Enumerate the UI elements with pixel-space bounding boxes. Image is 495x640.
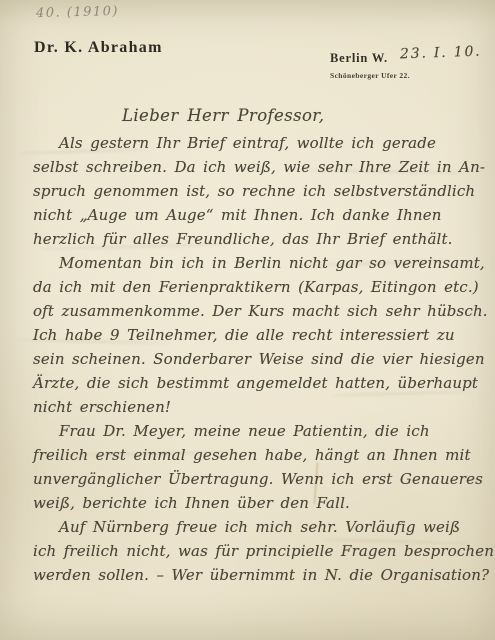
letterhead-address-block: Berlin W. Schöneberger Ufer 22. [330, 51, 410, 80]
letter-line: weiß, berichte ich Ihnen über den Fall. [33, 491, 485, 515]
handwritten-date: 23. I. 10. [400, 44, 482, 63]
letter-line: Momentan bin ich in Berlin nicht gar so … [33, 251, 485, 275]
letter-line: sein scheinen. Sonderbarer Weise sind di… [33, 347, 485, 371]
letter-line: nicht erschienen! [33, 395, 485, 419]
letterhead-street: Schöneberger Ufer 22. [330, 71, 410, 80]
letter-line: herzlich für alles Freundliche, das Ihr … [33, 227, 485, 251]
archival-number-note: 40. (1910) [36, 4, 119, 21]
letter-line: Auf Nürnberg freue ich mich sehr. Vorläu… [33, 515, 485, 539]
letterhead-sender-name: Dr. K. Abraham [34, 39, 163, 57]
letter-line: freilich erst einmal gesehen habe, hängt… [33, 443, 485, 467]
letterhead-city: Berlin W. [330, 51, 410, 66]
letter-line: spruch genommen ist, so rechne ich selbs… [33, 179, 485, 203]
letter-line: unvergänglicher Übertragung. Wenn ich er… [33, 467, 485, 491]
letter-line: oft zusammenkomme. Der Kurs macht sich s… [33, 299, 485, 323]
letter-line: ich freilich nicht, was für principielle… [33, 539, 485, 563]
letter-line: Frau Dr. Meyer, meine neue Patientin, di… [33, 419, 485, 443]
letter-line: Ärzte, die sich bestimmt angemeldet hatt… [33, 371, 485, 395]
letter-line: nicht „Auge um Auge“ mit Ihnen. Ich dank… [33, 203, 485, 227]
letter-line: selbst schreiben. Da ich weiß, wie sehr … [33, 155, 485, 179]
letter-line: da ich mit den Ferienpraktikern (Karpas,… [33, 275, 485, 299]
salutation: Lieber Herr Professor, [122, 106, 324, 125]
letter-line: Ich habe 9 Teilnehmer, die alle recht in… [33, 323, 485, 347]
letter-body: Als gestern Ihr Brief eintraf, wollte ic… [33, 131, 485, 587]
letter-line: werden sollen. – Wer übernimmt in N. die… [33, 563, 485, 587]
letter-scan-page: 40. (1910) Dr. K. Abraham Berlin W. Schö… [0, 0, 495, 640]
letter-line: Als gestern Ihr Brief eintraf, wollte ic… [33, 131, 485, 155]
